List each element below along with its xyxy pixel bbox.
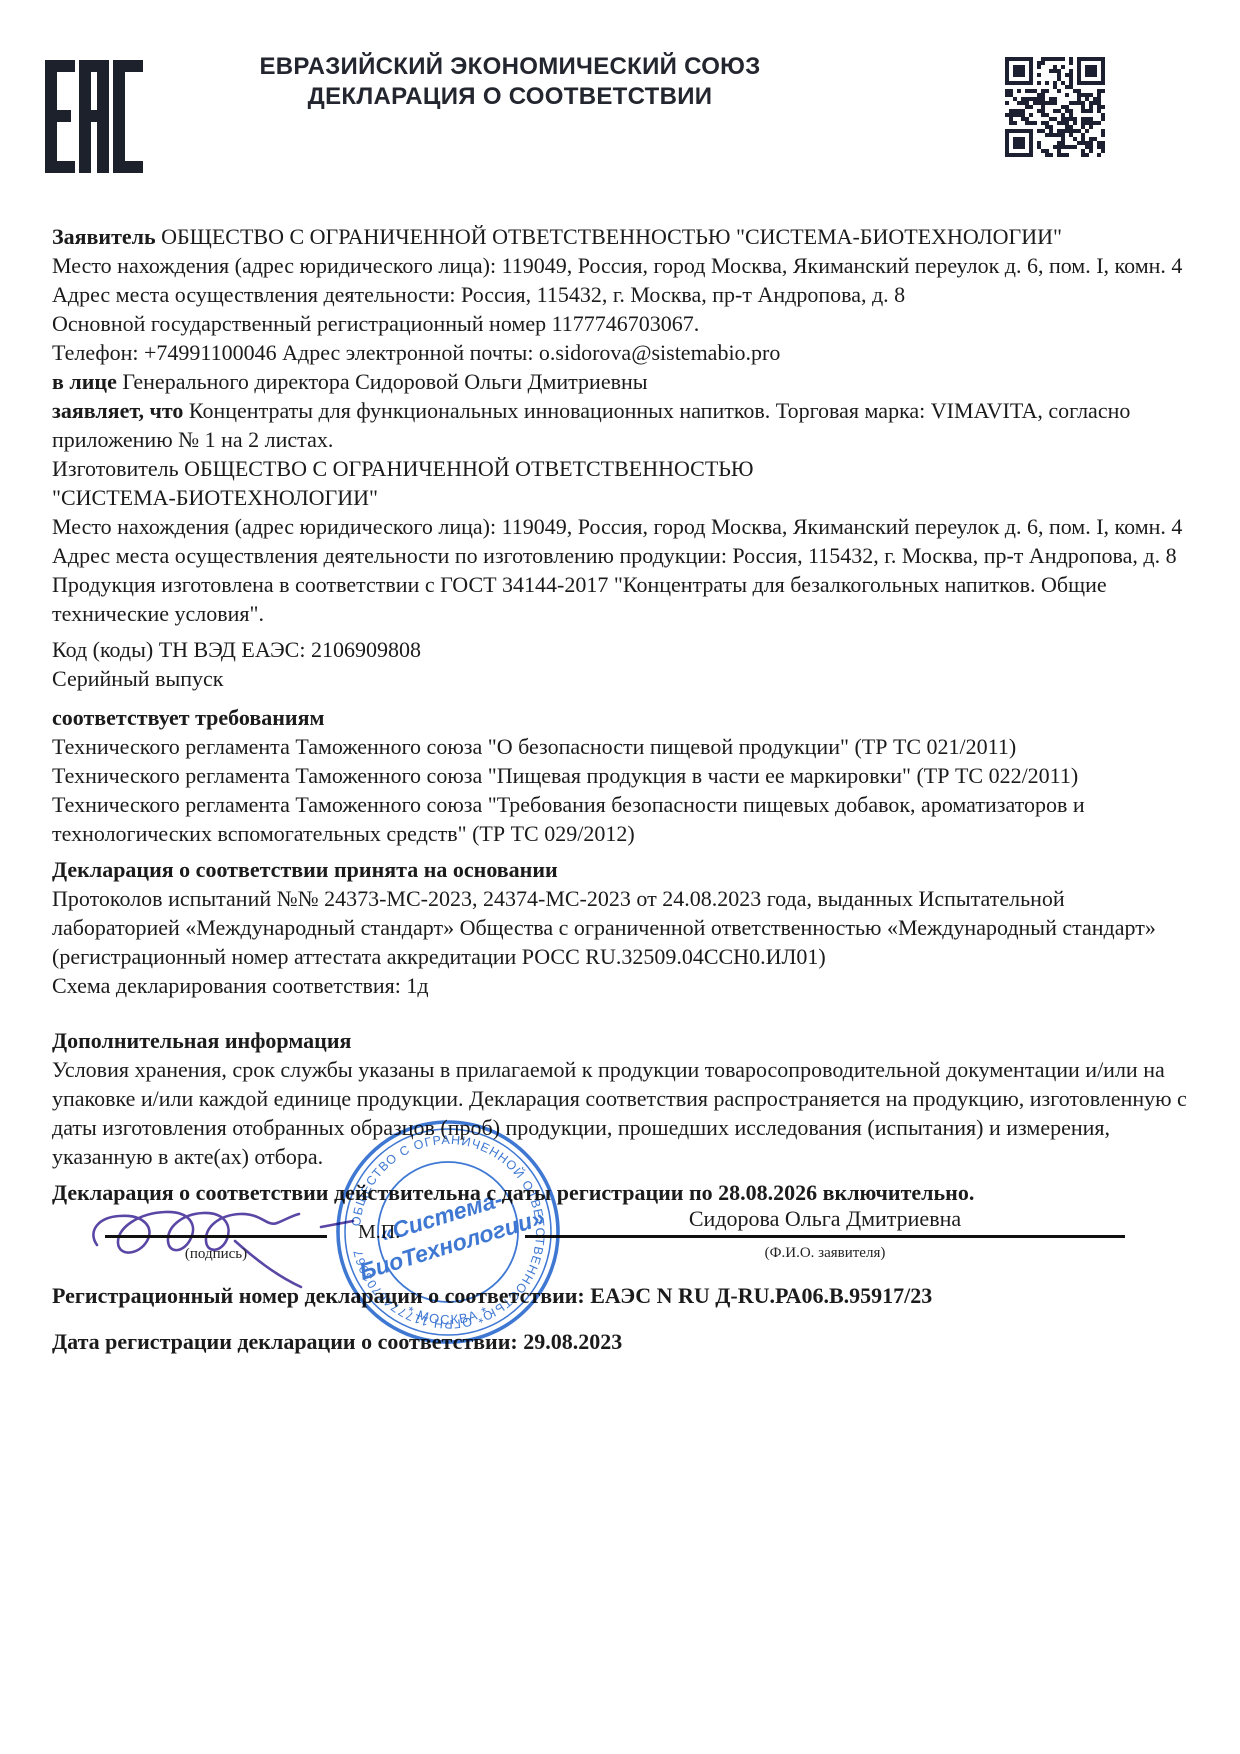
additional-info-text: Условия хранения, срок службы указаны в …	[52, 1055, 1192, 1171]
title-line-1: ЕВРАЗИЙСКИЙ ЭКОНОМИЧЕСКИЙ СОЮЗ	[170, 52, 850, 82]
basis-protocols: Протоколов испытаний №№ 24373-МС-2023, 2…	[52, 884, 1192, 971]
applicant-activity-address: Адрес места осуществления деятельности: …	[52, 280, 1192, 309]
manufacturer-name-line1: Изготовитель ОБЩЕСТВО С ОГРАНИЧЕННОЙ ОТВ…	[52, 456, 754, 481]
declares-text: Концентраты для функциональных инновацио…	[52, 398, 1130, 452]
declares-label: заявляет, что	[52, 398, 183, 423]
declaration-scheme: Схема декларирования соответствия: 1д	[52, 971, 1192, 1000]
compliance-heading: соответствует требованиям	[52, 703, 1192, 732]
tn-ved-code: Код (коды) ТН ВЭД ЕАЭС: 2106909808	[52, 635, 1192, 664]
regulation-1: Технического регламента Таможенного союз…	[52, 732, 1192, 761]
regulation-3: Технического регламента Таможенного союз…	[52, 790, 1192, 848]
basis-heading: Декларация о соответствии принята на осн…	[52, 855, 1192, 884]
signer-name-rule	[525, 1235, 1125, 1238]
applicant-name: ОБЩЕСТВО С ОГРАНИЧЕННОЙ ОТВЕТСТВЕННОСТЬЮ…	[156, 224, 1062, 249]
manufacturer-address: Место нахождения (адрес юридического лиц…	[52, 512, 1192, 541]
manufacturer-name-line2: "СИСТЕМА-БИОТЕХНОЛОГИИ"	[52, 485, 378, 510]
applicant-ogrn: Основной государственный регистрационный…	[52, 309, 1192, 338]
manufacturer-line: Изготовитель ОБЩЕСТВО С ОГРАНИЧЕННОЙ ОТВ…	[52, 454, 1192, 512]
in-person-line: в лице Генерального директора Сидоровой …	[52, 367, 1192, 396]
in-person-name: Генерального директора Сидоровой Ольги Д…	[117, 369, 648, 394]
company-stamp: ОБЩЕСТВО С ОГРАНИЧЕННОЙ ОТВЕТСТВЕННОСТЬЮ…	[333, 1117, 563, 1347]
additional-info-heading: Дополнительная информация	[52, 1026, 1192, 1055]
declaration-document: ЕВРАЗИЙСКИЙ ЭКОНОМИЧЕСКИЙ СОЮЗ ДЕКЛАРАЦИ…	[0, 0, 1240, 1754]
qr-code-icon	[1005, 57, 1105, 157]
declares-line: заявляет, что Концентраты для функционал…	[52, 396, 1192, 454]
registration-date-line: Дата регистрации декларации о соответств…	[52, 1327, 1192, 1356]
in-person-label: в лице	[52, 369, 117, 394]
regulation-2: Технического регламента Таможенного союз…	[52, 761, 1192, 790]
title-line-2: ДЕКЛАРАЦИЯ О СООТВЕТСТВИИ	[170, 82, 850, 112]
signer-name-caption: (Ф.И.О. заявителя)	[525, 1239, 1125, 1268]
signature-rule	[105, 1235, 327, 1238]
manufacturer-production-address: Адрес места осуществления деятельности п…	[52, 541, 1192, 628]
signer-name: Сидорова Ольга Дмитриевна	[525, 1204, 1125, 1233]
signature-block: М.П. Сидорова Ольга Дмитриевна (подпись)…	[52, 1209, 1192, 1281]
applicant-address: Место нахождения (адрес юридического лиц…	[52, 251, 1192, 280]
serial-release: Серийный выпуск	[52, 664, 1192, 693]
document-body: Заявитель ОБЩЕСТВО С ОГРАНИЧЕННОЙ ОТВЕТС…	[52, 222, 1192, 1356]
page-title: ЕВРАЗИЙСКИЙ ЭКОНОМИЧЕСКИЙ СОЮЗ ДЕКЛАРАЦИ…	[170, 52, 850, 112]
applicant-line: Заявитель ОБЩЕСТВО С ОГРАНИЧЕННОЙ ОТВЕТС…	[52, 222, 1192, 251]
applicant-contacts: Телефон: +74991100046 Адрес электронной …	[52, 338, 1192, 367]
eac-logo	[45, 60, 143, 173]
applicant-label: Заявитель	[52, 224, 156, 249]
signature-caption: (подпись)	[155, 1240, 277, 1269]
